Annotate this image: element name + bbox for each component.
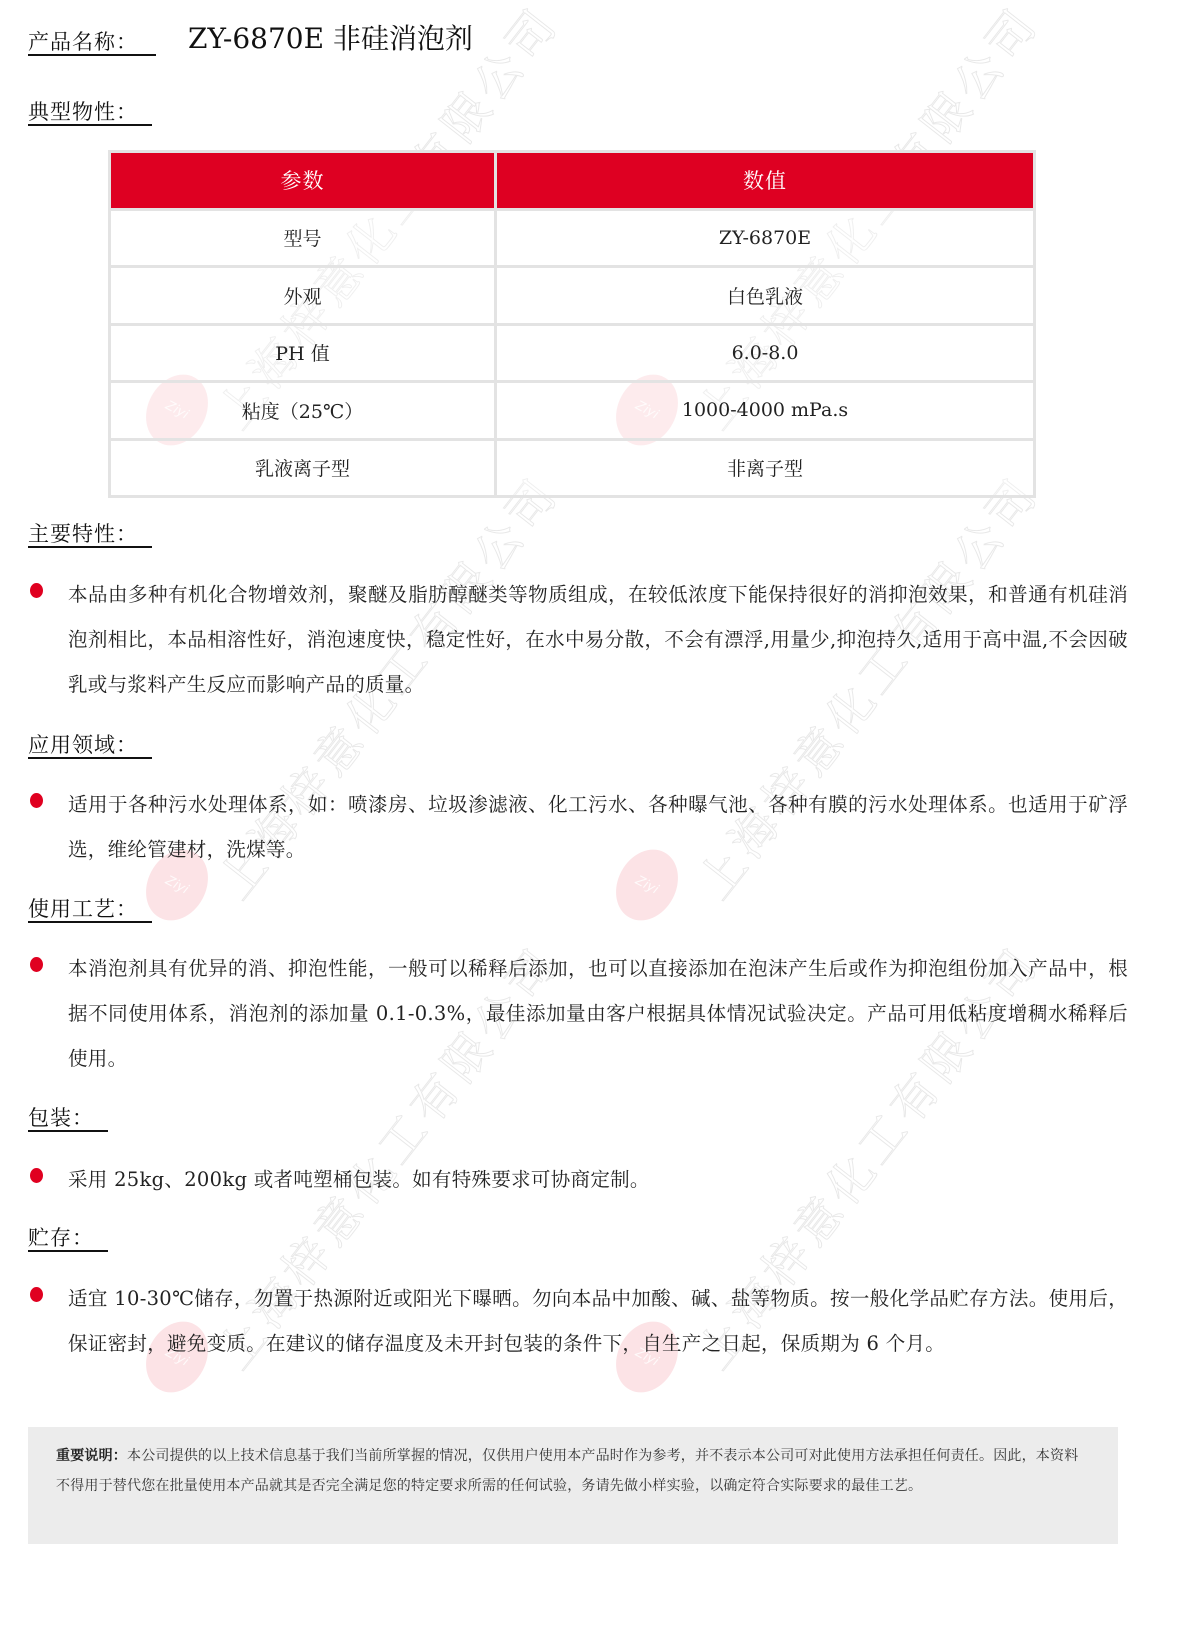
disclaimer-body: 本公司提供的以上技术信息基于我们当前所掌握的情况，仅供用户使用本产品时作为参考，… bbox=[56, 1448, 1078, 1494]
table-row: 乳液离子型 非离子型 bbox=[110, 439, 1035, 497]
disclaimer-label: 重要说明： bbox=[56, 1448, 127, 1464]
bullet-icon bbox=[30, 957, 43, 972]
properties-heading: 典型物性： bbox=[28, 100, 152, 126]
features-heading: 主要特性： bbox=[28, 522, 152, 548]
table-header-row: 参数 数值 bbox=[110, 152, 1035, 210]
table-row: 粘度（25℃） 1000-4000 mPa.s bbox=[110, 382, 1035, 440]
usage-heading: 使用工艺： bbox=[28, 897, 152, 923]
value-cell: ZY-6870E bbox=[496, 209, 1035, 267]
watermark-logo-text: Ziyi bbox=[163, 873, 191, 897]
table-row: PH 值 6.0-8.0 bbox=[110, 324, 1035, 382]
features-item: 本品由多种有机化合物增效剂，聚醚及脂肪醇醚类等物质组成，在较低浓度下能保持很好的… bbox=[28, 572, 1128, 707]
bullet-icon bbox=[30, 583, 43, 598]
column-header-value: 数值 bbox=[496, 152, 1035, 210]
value-cell: 1000-4000 mPa.s bbox=[496, 382, 1035, 440]
table-row: 型号 ZY-6870E bbox=[110, 209, 1035, 267]
product-title-row: 产品名称： ZY-6870E 非硅消泡剂 bbox=[28, 22, 473, 56]
packaging-text: 采用 25kg、200kg 或者吨塑桶包装。如有特殊要求可协商定制。 bbox=[68, 1157, 1128, 1202]
storage-item: 适宜 10-30℃储存，勿置于热源附近或阳光下曝晒。勿向本品中加酸、碱、盐等物质… bbox=[28, 1276, 1128, 1366]
properties-table: 参数 数值 型号 ZY-6870E 外观 白色乳液 PH 值 6.0-8.0 粘… bbox=[108, 150, 1036, 498]
param-cell: PH 值 bbox=[110, 324, 496, 382]
storage-text: 适宜 10-30℃储存，勿置于热源附近或阳光下曝晒。勿向本品中加酸、碱、盐等物质… bbox=[68, 1276, 1128, 1366]
applications-item: 适用于各种污水处理体系，如：喷漆房、垃圾渗滤液、化工污水、各种曝气池、各种有膜的… bbox=[28, 782, 1128, 872]
disclaimer-box: 重要说明：本公司提供的以上技术信息基于我们当前所掌握的情况，仅供用户使用本产品时… bbox=[28, 1427, 1118, 1544]
param-cell: 乳液离子型 bbox=[110, 439, 496, 497]
packaging-heading: 包装： bbox=[28, 1106, 108, 1132]
value-cell: 白色乳液 bbox=[496, 267, 1035, 325]
usage-item: 本消泡剂具有优异的消、抑泡性能，一般可以稀释后添加，也可以直接添加在泡沫产生后或… bbox=[28, 946, 1128, 1081]
value-cell: 非离子型 bbox=[496, 439, 1035, 497]
applications-heading: 应用领域： bbox=[28, 733, 152, 759]
watermark-logo-text: Ziyi bbox=[633, 873, 661, 897]
product-name-label: 产品名称： bbox=[28, 30, 156, 56]
bullet-icon bbox=[30, 1168, 43, 1183]
column-header-param: 参数 bbox=[110, 152, 496, 210]
param-cell: 外观 bbox=[110, 267, 496, 325]
storage-heading: 贮存： bbox=[28, 1226, 108, 1252]
bullet-icon bbox=[30, 1287, 43, 1302]
param-cell: 型号 bbox=[110, 209, 496, 267]
table-row: 外观 白色乳液 bbox=[110, 267, 1035, 325]
param-cell: 粘度（25℃） bbox=[110, 382, 496, 440]
applications-text: 适用于各种污水处理体系，如：喷漆房、垃圾渗滤液、化工污水、各种曝气池、各种有膜的… bbox=[68, 782, 1128, 872]
disclaimer-text: 重要说明：本公司提供的以上技术信息基于我们当前所掌握的情况，仅供用户使用本产品时… bbox=[56, 1441, 1090, 1501]
features-text: 本品由多种有机化合物增效剂，聚醚及脂肪醇醚类等物质组成，在较低浓度下能保持很好的… bbox=[68, 572, 1128, 707]
value-cell: 6.0-8.0 bbox=[496, 324, 1035, 382]
packaging-item: 采用 25kg、200kg 或者吨塑桶包装。如有特殊要求可协商定制。 bbox=[28, 1157, 1128, 1202]
product-name: ZY-6870E 非硅消泡剂 bbox=[188, 22, 473, 56]
usage-text: 本消泡剂具有优异的消、抑泡性能，一般可以稀释后添加，也可以直接添加在泡沫产生后或… bbox=[68, 946, 1128, 1081]
bullet-icon bbox=[30, 793, 43, 808]
